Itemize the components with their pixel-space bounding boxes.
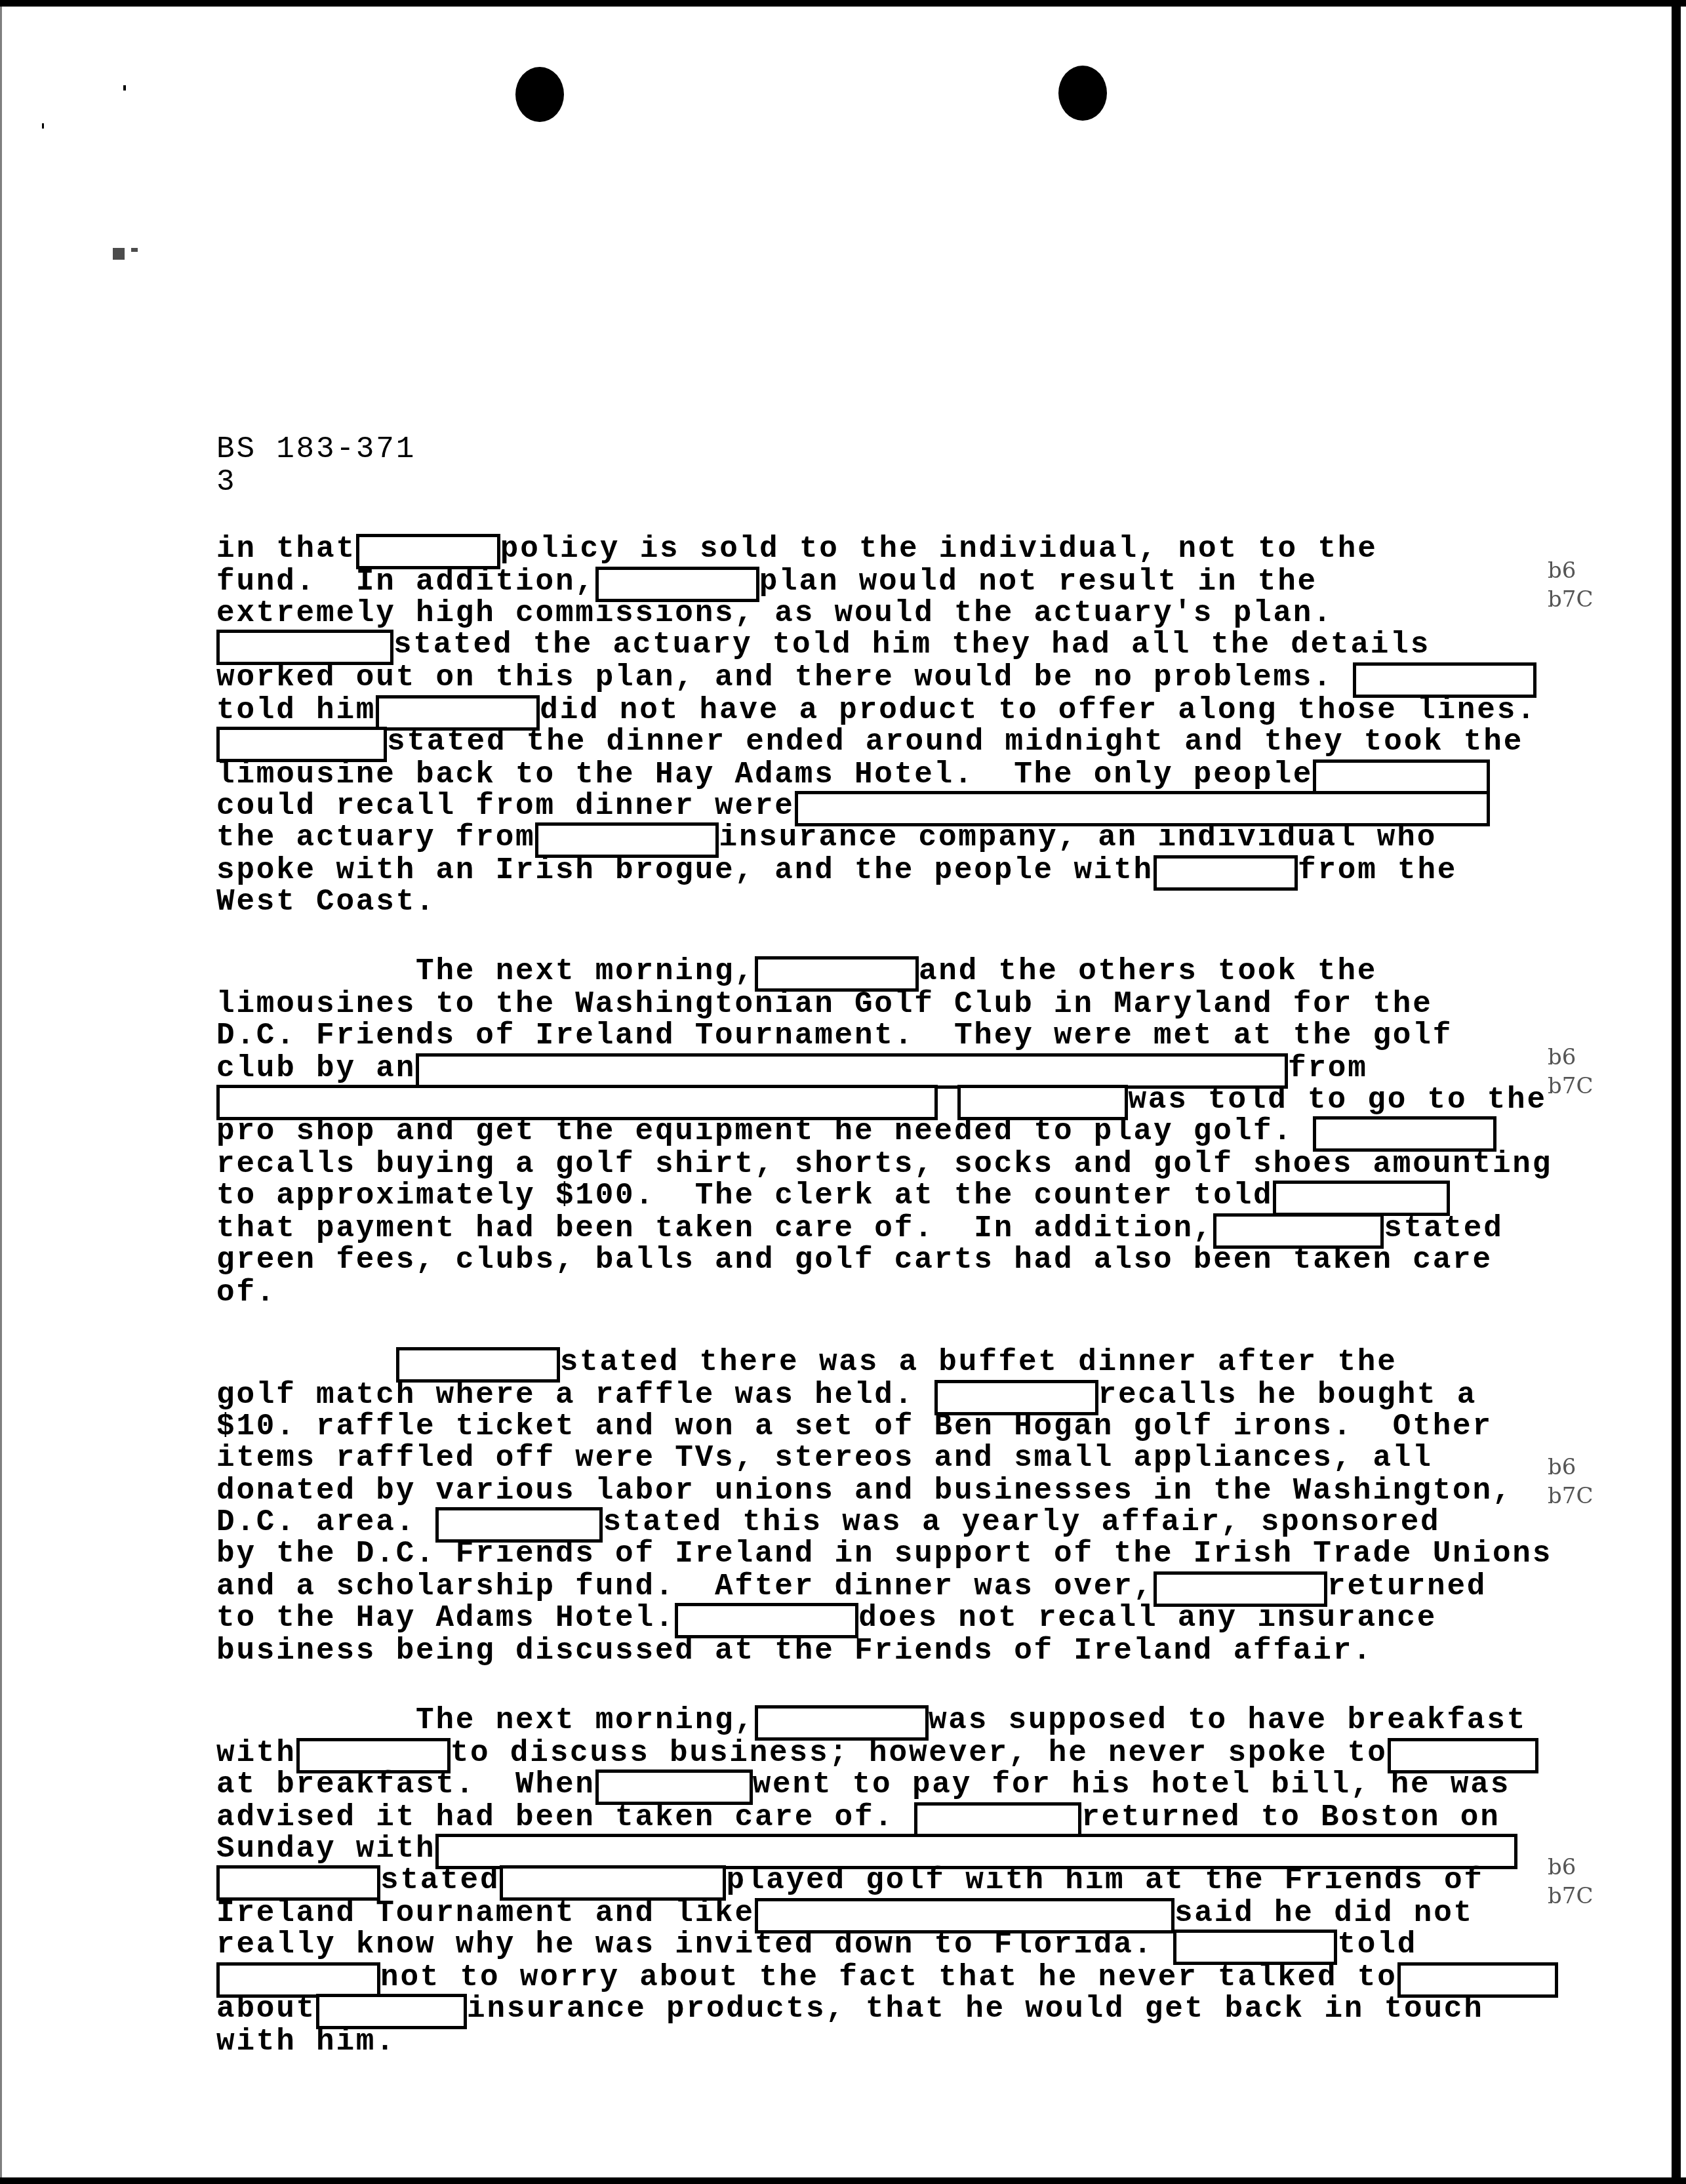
redaction-box <box>1154 855 1298 891</box>
text-segment: from <box>1288 1052 1368 1085</box>
text-segment: business being discussed at the Friends … <box>216 1634 1373 1667</box>
text-segment: was supposed to have breakfast <box>929 1704 1527 1737</box>
text-segment: The next morning, <box>216 955 755 988</box>
text-line: withto discuss business; however, he nev… <box>216 1737 1538 1769</box>
exemption-b7c: b7C <box>1548 585 1593 614</box>
redaction-box <box>675 1603 858 1638</box>
text-segment: stated <box>380 1864 500 1897</box>
text-segment <box>938 1083 957 1116</box>
text-segment: insurance products, that he would get ba… <box>467 1992 1484 2025</box>
redaction-box <box>1173 1930 1337 1965</box>
redaction-box <box>1313 1116 1496 1152</box>
text-line: was told to go to the <box>216 1083 1547 1116</box>
text-segment: and the others took the <box>919 955 1377 988</box>
redaction-box <box>500 1865 726 1901</box>
text-line: D.C. area. stated this was a yearly affa… <box>216 1506 1440 1539</box>
redaction-box <box>216 630 393 665</box>
scan-speck <box>42 123 44 129</box>
text-segment: really know why he was invited down to F… <box>216 1928 1173 1961</box>
text-segment: and a scholarship fund. After dinner was… <box>216 1570 1154 1603</box>
text-line: spoke with an Irish brogue, and the peop… <box>216 854 1457 887</box>
scan-edge-top <box>0 0 1686 7</box>
text-line: Sunday with <box>216 1832 1517 1865</box>
exemption-b7c: b7C <box>1548 1482 1593 1510</box>
file-number: BS 183-371 <box>216 433 416 466</box>
text-segment: extremely high commissions, as would the… <box>216 597 1333 630</box>
redaction-box <box>595 1769 753 1805</box>
text-line: really know why he was invited down to F… <box>216 1928 1417 1961</box>
text-line: donated by various labor unions and busi… <box>216 1474 1512 1507</box>
text-line: at breakfast. Whenwent to pay for his ho… <box>216 1768 1510 1801</box>
text-segment: in that <box>216 533 356 565</box>
text-segment: to discuss business; however, he never s… <box>451 1737 1388 1769</box>
text-segment: Sunday with <box>216 1832 435 1865</box>
text-line: and a scholarship fund. After dinner was… <box>216 1570 1487 1603</box>
redaction-box <box>755 956 919 992</box>
text-segment: to the Hay Adams Hotel. <box>216 1602 675 1634</box>
scan-edge-left <box>0 0 2 2184</box>
redaction-box <box>755 1705 929 1741</box>
page-number: 3 <box>216 466 236 498</box>
text-line: Ireland Tournament and likesaid he did n… <box>216 1897 1474 1930</box>
text-line: The next morning,was supposed to have br… <box>216 1704 1527 1737</box>
text-segment: spoke with an Irish brogue, and the peop… <box>216 854 1154 887</box>
text-segment: policy is sold to the individual, not to… <box>500 533 1378 565</box>
scan-speck <box>123 85 126 91</box>
text-line: stated the dinner ended around midnight … <box>216 725 1523 758</box>
text-segment: donated by various labor unions and busi… <box>216 1474 1512 1507</box>
text-line: to the Hay Adams Hotel.does not recall a… <box>216 1602 1437 1634</box>
text-segment: stated the actuary told him they had all… <box>393 628 1430 661</box>
text-segment: recalls he bought a <box>1098 1379 1477 1411</box>
scan-edge-right <box>1672 0 1681 2184</box>
text-segment: green fees, clubs, balls and golf carts … <box>216 1244 1493 1276</box>
text-segment: limousine back to the Hay Adams Hotel. T… <box>216 758 1313 791</box>
text-segment: with <box>216 1737 296 1769</box>
text-segment: at breakfast. When <box>216 1768 595 1801</box>
text-segment: advised it had been taken care of. <box>216 1801 914 1834</box>
text-segment: of. <box>216 1276 276 1309</box>
text-segment: fund. In addition, <box>216 565 595 598</box>
text-line: West Coast. <box>216 885 435 918</box>
text-segment: that payment had been taken care of. In … <box>216 1212 1213 1245</box>
text-segment: D.C. Friends of Ireland Tournament. They… <box>216 1019 1453 1052</box>
redaction-box <box>1353 662 1536 698</box>
text-segment: stated there was a buffet dinner after t… <box>560 1346 1397 1379</box>
text-segment: $10. raffle ticket and won a set of Ben … <box>216 1410 1493 1443</box>
text-line: by the D.C. Friends of Ireland in suppor… <box>216 1537 1552 1570</box>
text-segment: went to pay for his hotel bill, he was <box>753 1768 1510 1801</box>
text-line: business being discussed at the Friends … <box>216 1634 1373 1667</box>
document-page: BS 183-371 3 in thatpolicy is sold to th… <box>0 0 1686 2184</box>
text-segment: to approximately $100. The clerk at the … <box>216 1179 1273 1212</box>
text-line: limousine back to the Hay Adams Hotel. T… <box>216 758 1490 791</box>
text-segment: told <box>1337 1928 1417 1961</box>
text-line: statedplayed golf with him at the Friend… <box>216 1864 1484 1897</box>
exemption-codes: b6 b7C <box>1548 556 1593 614</box>
text-line: worked out on this plan, and there would… <box>216 661 1536 694</box>
text-line: that payment had been taken care of. In … <box>216 1212 1504 1245</box>
exemption-b7c: b7C <box>1548 1882 1593 1911</box>
scan-speck <box>113 248 125 260</box>
text-line: advised it had been taken care of. retur… <box>216 1801 1500 1834</box>
text-segment: was told to go to the <box>1128 1083 1547 1116</box>
text-segment: golf match where a raffle was held. <box>216 1379 934 1411</box>
redaction-box <box>316 1994 467 2029</box>
text-line: not to worry about the fact that he neve… <box>216 1961 1558 1994</box>
text-segment: Ireland Tournament and like <box>216 1897 755 1930</box>
exemption-b6: b6 <box>1548 1853 1593 1882</box>
text-segment <box>216 1346 396 1379</box>
text-line: in thatpolicy is sold to the individual,… <box>216 533 1378 565</box>
text-segment: returned <box>1327 1570 1487 1603</box>
text-segment: items raffled off were TVs, stereos and … <box>216 1442 1433 1474</box>
text-line: stated the actuary told him they had all… <box>216 628 1430 661</box>
punch-hole-icon <box>515 67 564 122</box>
text-line: fund. In addition,plan would not result … <box>216 565 1317 598</box>
text-line: of. <box>216 1276 276 1309</box>
text-line: stated there was a buffet dinner after t… <box>216 1346 1397 1379</box>
punch-hole-icon <box>1058 66 1107 121</box>
text-segment: stated this was a yearly affair, sponsor… <box>603 1506 1440 1539</box>
redaction-box <box>1273 1181 1450 1216</box>
text-line: to approximately $100. The clerk at the … <box>216 1179 1450 1212</box>
text-segment: not to worry about the fact that he neve… <box>380 1961 1397 1994</box>
text-segment: about <box>216 1992 316 2025</box>
redaction-box <box>396 1347 560 1383</box>
text-line: $10. raffle ticket and won a set of Ben … <box>216 1410 1493 1443</box>
text-line: aboutinsurance products, that he would g… <box>216 1992 1484 2025</box>
text-segment: played golf with him at the Friends of <box>726 1864 1483 1897</box>
text-segment: said he did not <box>1174 1897 1474 1930</box>
text-segment: does not recall any insurance <box>858 1602 1437 1634</box>
exemption-b6: b6 <box>1548 1043 1593 1072</box>
redaction-box <box>216 1865 380 1901</box>
text-line: golf match where a raffle was held. reca… <box>216 1379 1477 1411</box>
text-line: told himdid not have a product to offer … <box>216 694 1536 727</box>
text-segment: worked out on this plan, and there would… <box>216 661 1353 694</box>
text-line: extremely high commissions, as would the… <box>216 597 1333 630</box>
text-segment: returned to Boston on <box>1081 1801 1500 1834</box>
text-segment: with him. <box>216 2025 396 2058</box>
text-segment: club by an <box>216 1052 416 1085</box>
text-segment: plan would not result in the <box>759 565 1317 598</box>
redaction-box <box>356 534 500 569</box>
text-segment: recalls buying a golf shirt, shorts, soc… <box>216 1148 1552 1181</box>
text-line: recalls buying a golf shirt, shorts, soc… <box>216 1148 1552 1181</box>
text-line: green fees, clubs, balls and golf carts … <box>216 1244 1493 1276</box>
text-line: items raffled off were TVs, stereos and … <box>216 1442 1433 1474</box>
text-line: pro shop and get the equipment he needed… <box>216 1115 1496 1148</box>
exemption-b7c: b7C <box>1548 1072 1593 1101</box>
text-segment: from the <box>1298 854 1457 887</box>
text-segment: The next morning, <box>216 1704 755 1737</box>
text-segment: told him <box>216 694 376 727</box>
text-line: could recall from dinner were <box>216 790 1490 822</box>
text-segment: West Coast. <box>216 885 435 918</box>
text-segment: stated the dinner ended around midnight … <box>387 725 1523 758</box>
text-line: The next morning,and the others took the <box>216 955 1377 988</box>
text-segment: pro shop and get the equipment he needed… <box>216 1115 1313 1148</box>
text-segment: the actuary from <box>216 821 535 854</box>
text-segment: stated <box>1384 1212 1503 1245</box>
text-segment: did not have a product to offer along th… <box>540 694 1536 727</box>
text-line: club by anfrom <box>216 1052 1368 1085</box>
exemption-codes: b6 b7C <box>1548 1043 1593 1101</box>
text-segment: by the D.C. Friends of Ireland in suppor… <box>216 1537 1552 1570</box>
scan-speck <box>131 248 138 252</box>
text-segment: could recall from dinner were <box>216 790 795 822</box>
text-line: with him. <box>216 2025 396 2058</box>
exemption-b6: b6 <box>1548 556 1593 585</box>
text-line: D.C. Friends of Ireland Tournament. They… <box>216 1019 1453 1052</box>
exemption-b6: b6 <box>1548 1453 1593 1482</box>
redaction-box <box>216 727 387 762</box>
text-segment: limousines to the Washingtonian Golf Clu… <box>216 988 1433 1021</box>
scan-edge-bottom <box>0 2177 1686 2184</box>
text-line: the actuary frominsurance company, an in… <box>216 821 1437 854</box>
exemption-codes: b6 b7C <box>1548 1853 1593 1911</box>
text-line: limousines to the Washingtonian Golf Clu… <box>216 988 1433 1021</box>
text-segment: D.C. area. <box>216 1506 435 1539</box>
redaction-box <box>535 822 719 858</box>
text-segment: insurance company, an individual who <box>719 821 1437 854</box>
exemption-codes: b6 b7C <box>1548 1453 1593 1510</box>
